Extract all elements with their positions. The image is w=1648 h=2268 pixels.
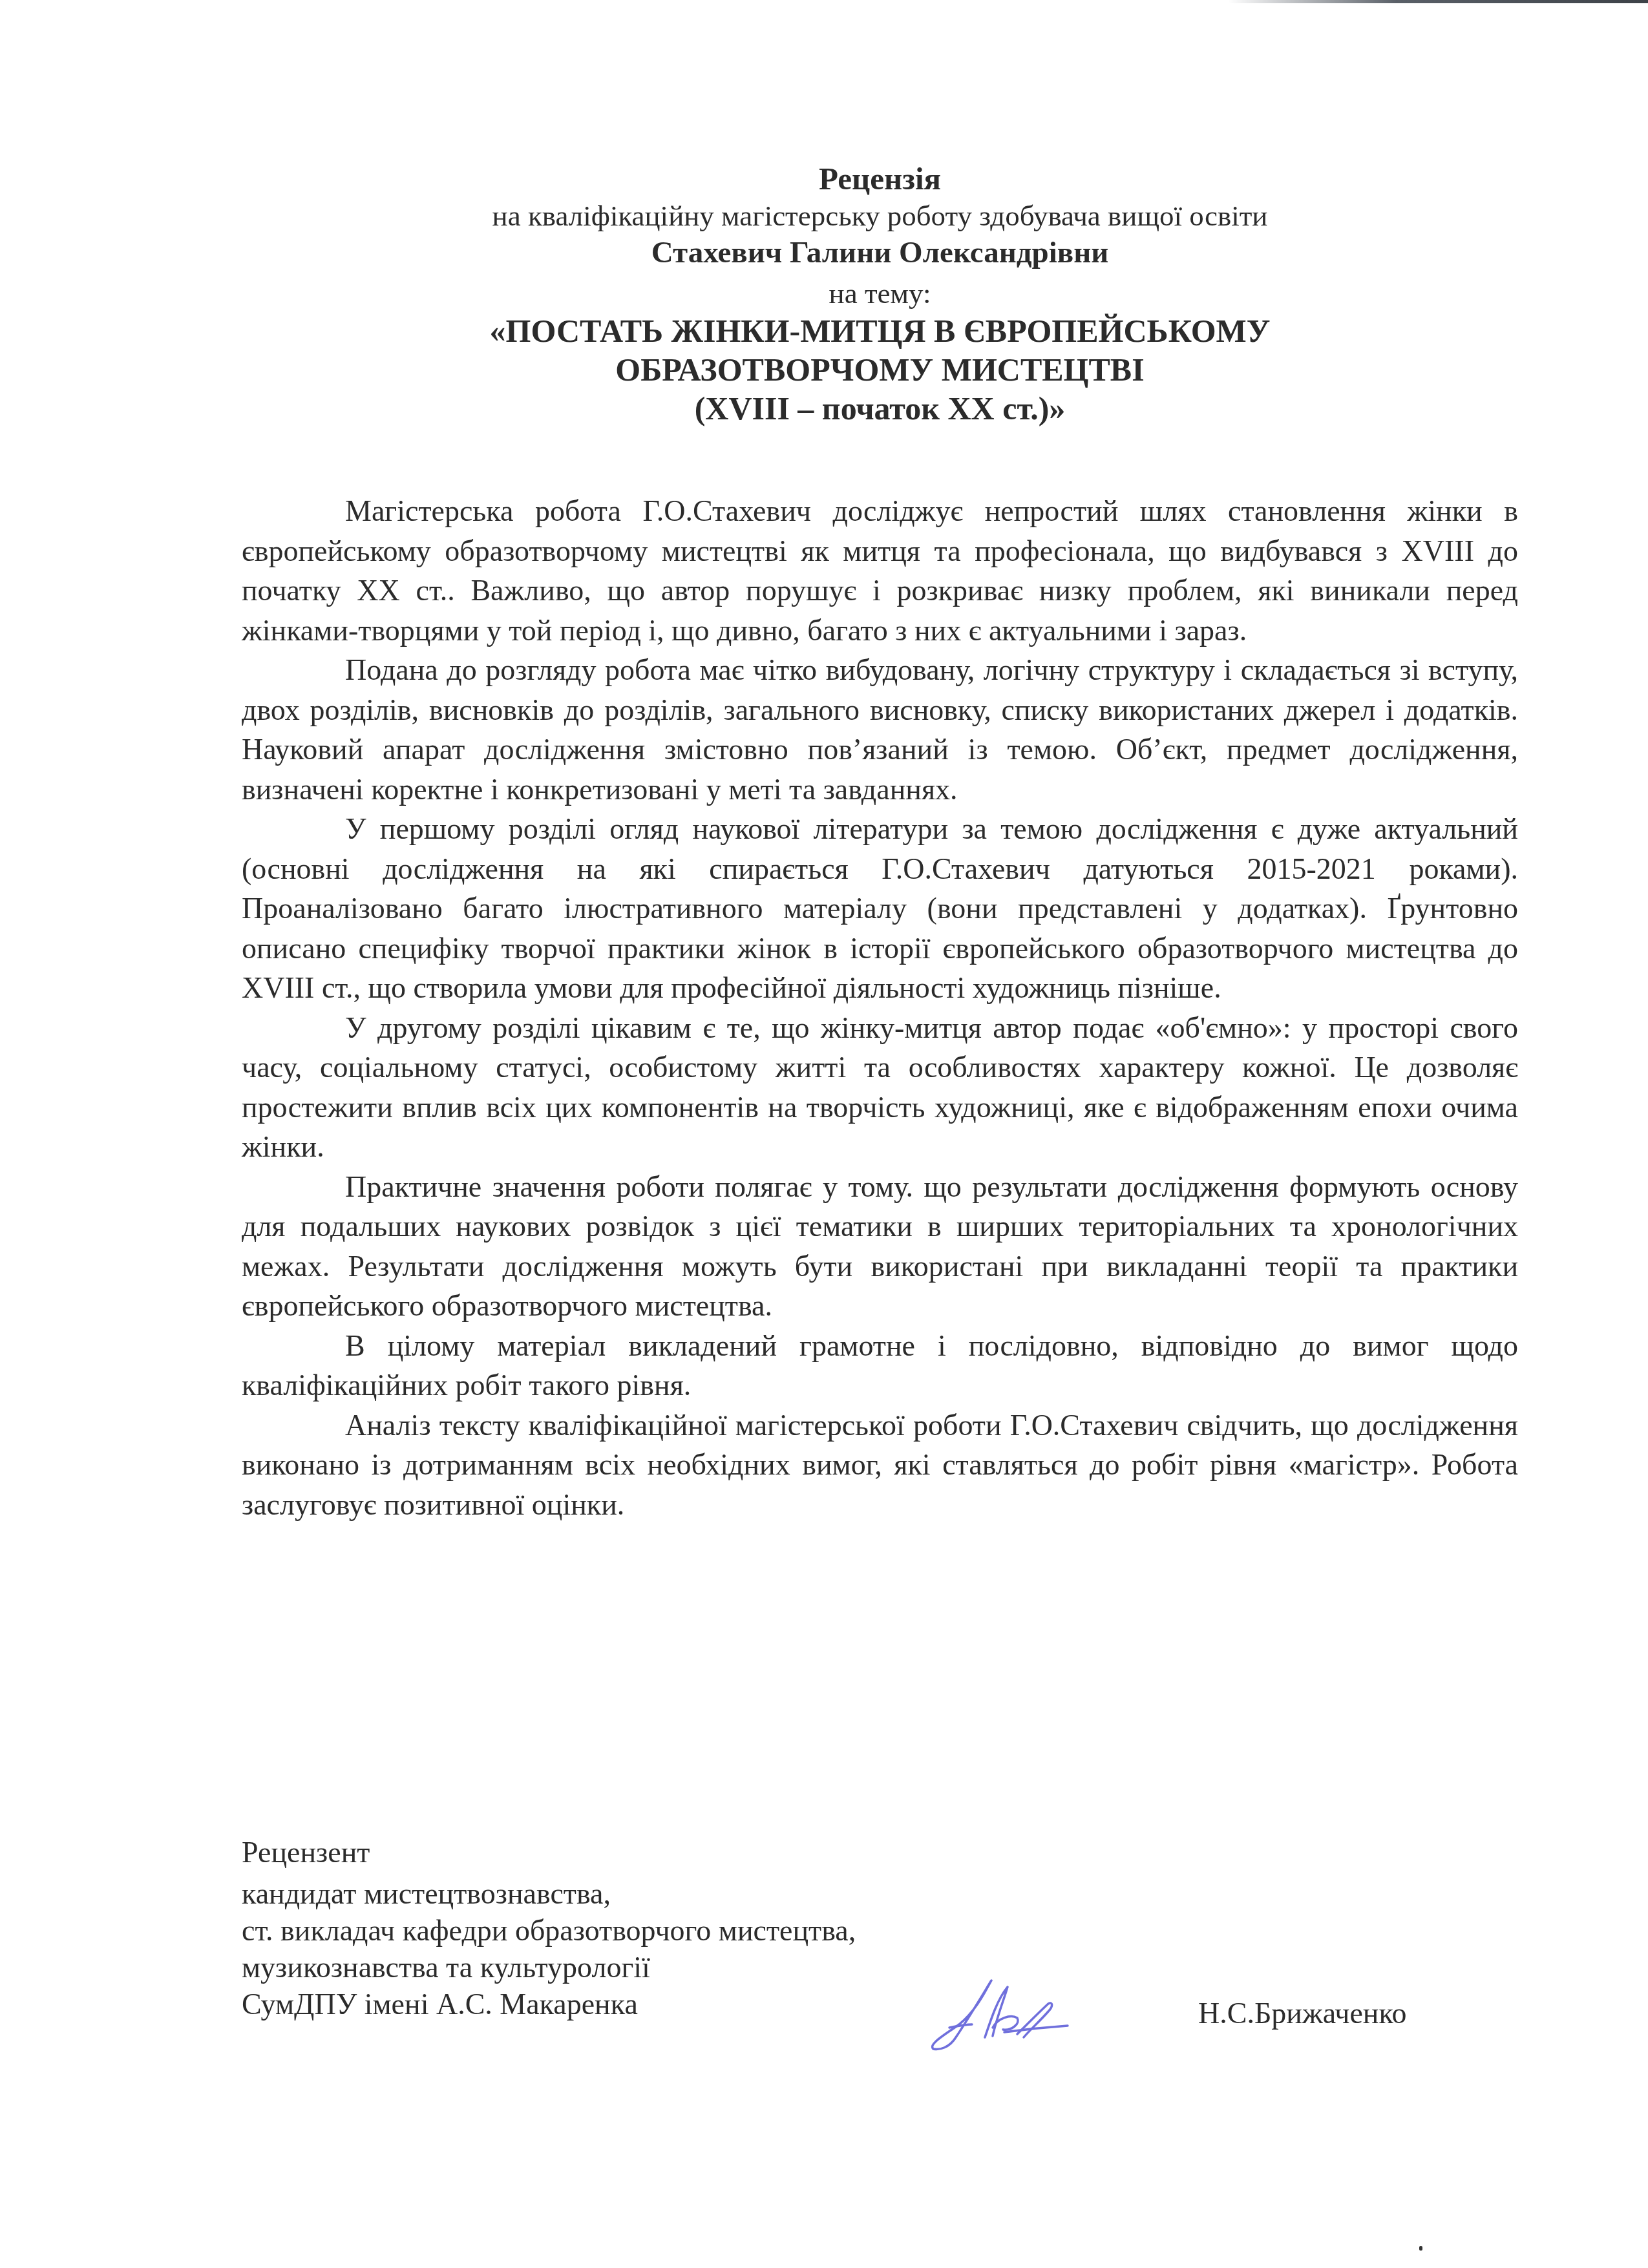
theme-label: на тему: [242,275,1518,311]
signature-row: СумДПУ імені А.С. Макаренка Н.С.Брижачен… [242,1986,1518,2024]
paragraph-structure: Подана до розгляду робота має чітко вибу… [242,650,1518,809]
paragraph-chapter-one: У першому розділі огляд наукової літерат… [242,809,1518,1008]
document-subtitle: на кваліфікаційну магістерську роботу зд… [242,198,1518,234]
reviewer-position: ст. викладач кафедри образотворчого мист… [242,1912,1518,1949]
reviewer-department: музикознавства та культурології [242,1949,1518,1986]
student-name: Стахевич Галини Олександрівни [242,234,1518,271]
theme-title-line-3: (XVIII – початок XX ст.)» [242,389,1518,428]
document-title: Рецензія [242,160,1518,198]
paragraph-practical-value: Практичне значення роботи полягає у тому… [242,1167,1518,1326]
theme-title-line-1: «ПОСТАТЬ ЖІНКИ-МИТЦЯ В ЄВРОПЕЙСЬКОМУ [242,311,1518,350]
review-body: Магістерська робота Г.О.Стахевич дослідж… [242,491,1518,1524]
handwritten-signature-icon [920,1973,1069,2057]
reviewer-name: Н.С.Брижаченко [1198,1995,1406,2032]
reviewer-degree: кандидат мистецтвознавства, [242,1875,1518,1912]
reviewer-signature-block: Рецензент кандидат мистецтвознавства, ст… [242,1834,1518,2024]
paragraph-chapter-two: У другому розділі цікавим є те, що жінку… [242,1008,1518,1167]
paragraph-intro: Магістерська робота Г.О.Стахевич дослідж… [242,491,1518,650]
paragraph-conclusion: Аналіз тексту кваліфікаційної магістерсь… [242,1405,1518,1525]
theme-title-line-2: ОБРАЗОТВОРЧОМУ МИСТЕЦТВІ [242,350,1518,389]
scan-dot-artifact [1419,2246,1422,2251]
reviewer-label: Рецензент [242,1834,1518,1871]
document-header: Рецензія на кваліфікаційну магістерську … [242,160,1518,428]
paragraph-overall: В цілому матеріал викладений грамотне і … [242,1326,1518,1405]
scan-edge-artifact [1228,0,1648,3]
